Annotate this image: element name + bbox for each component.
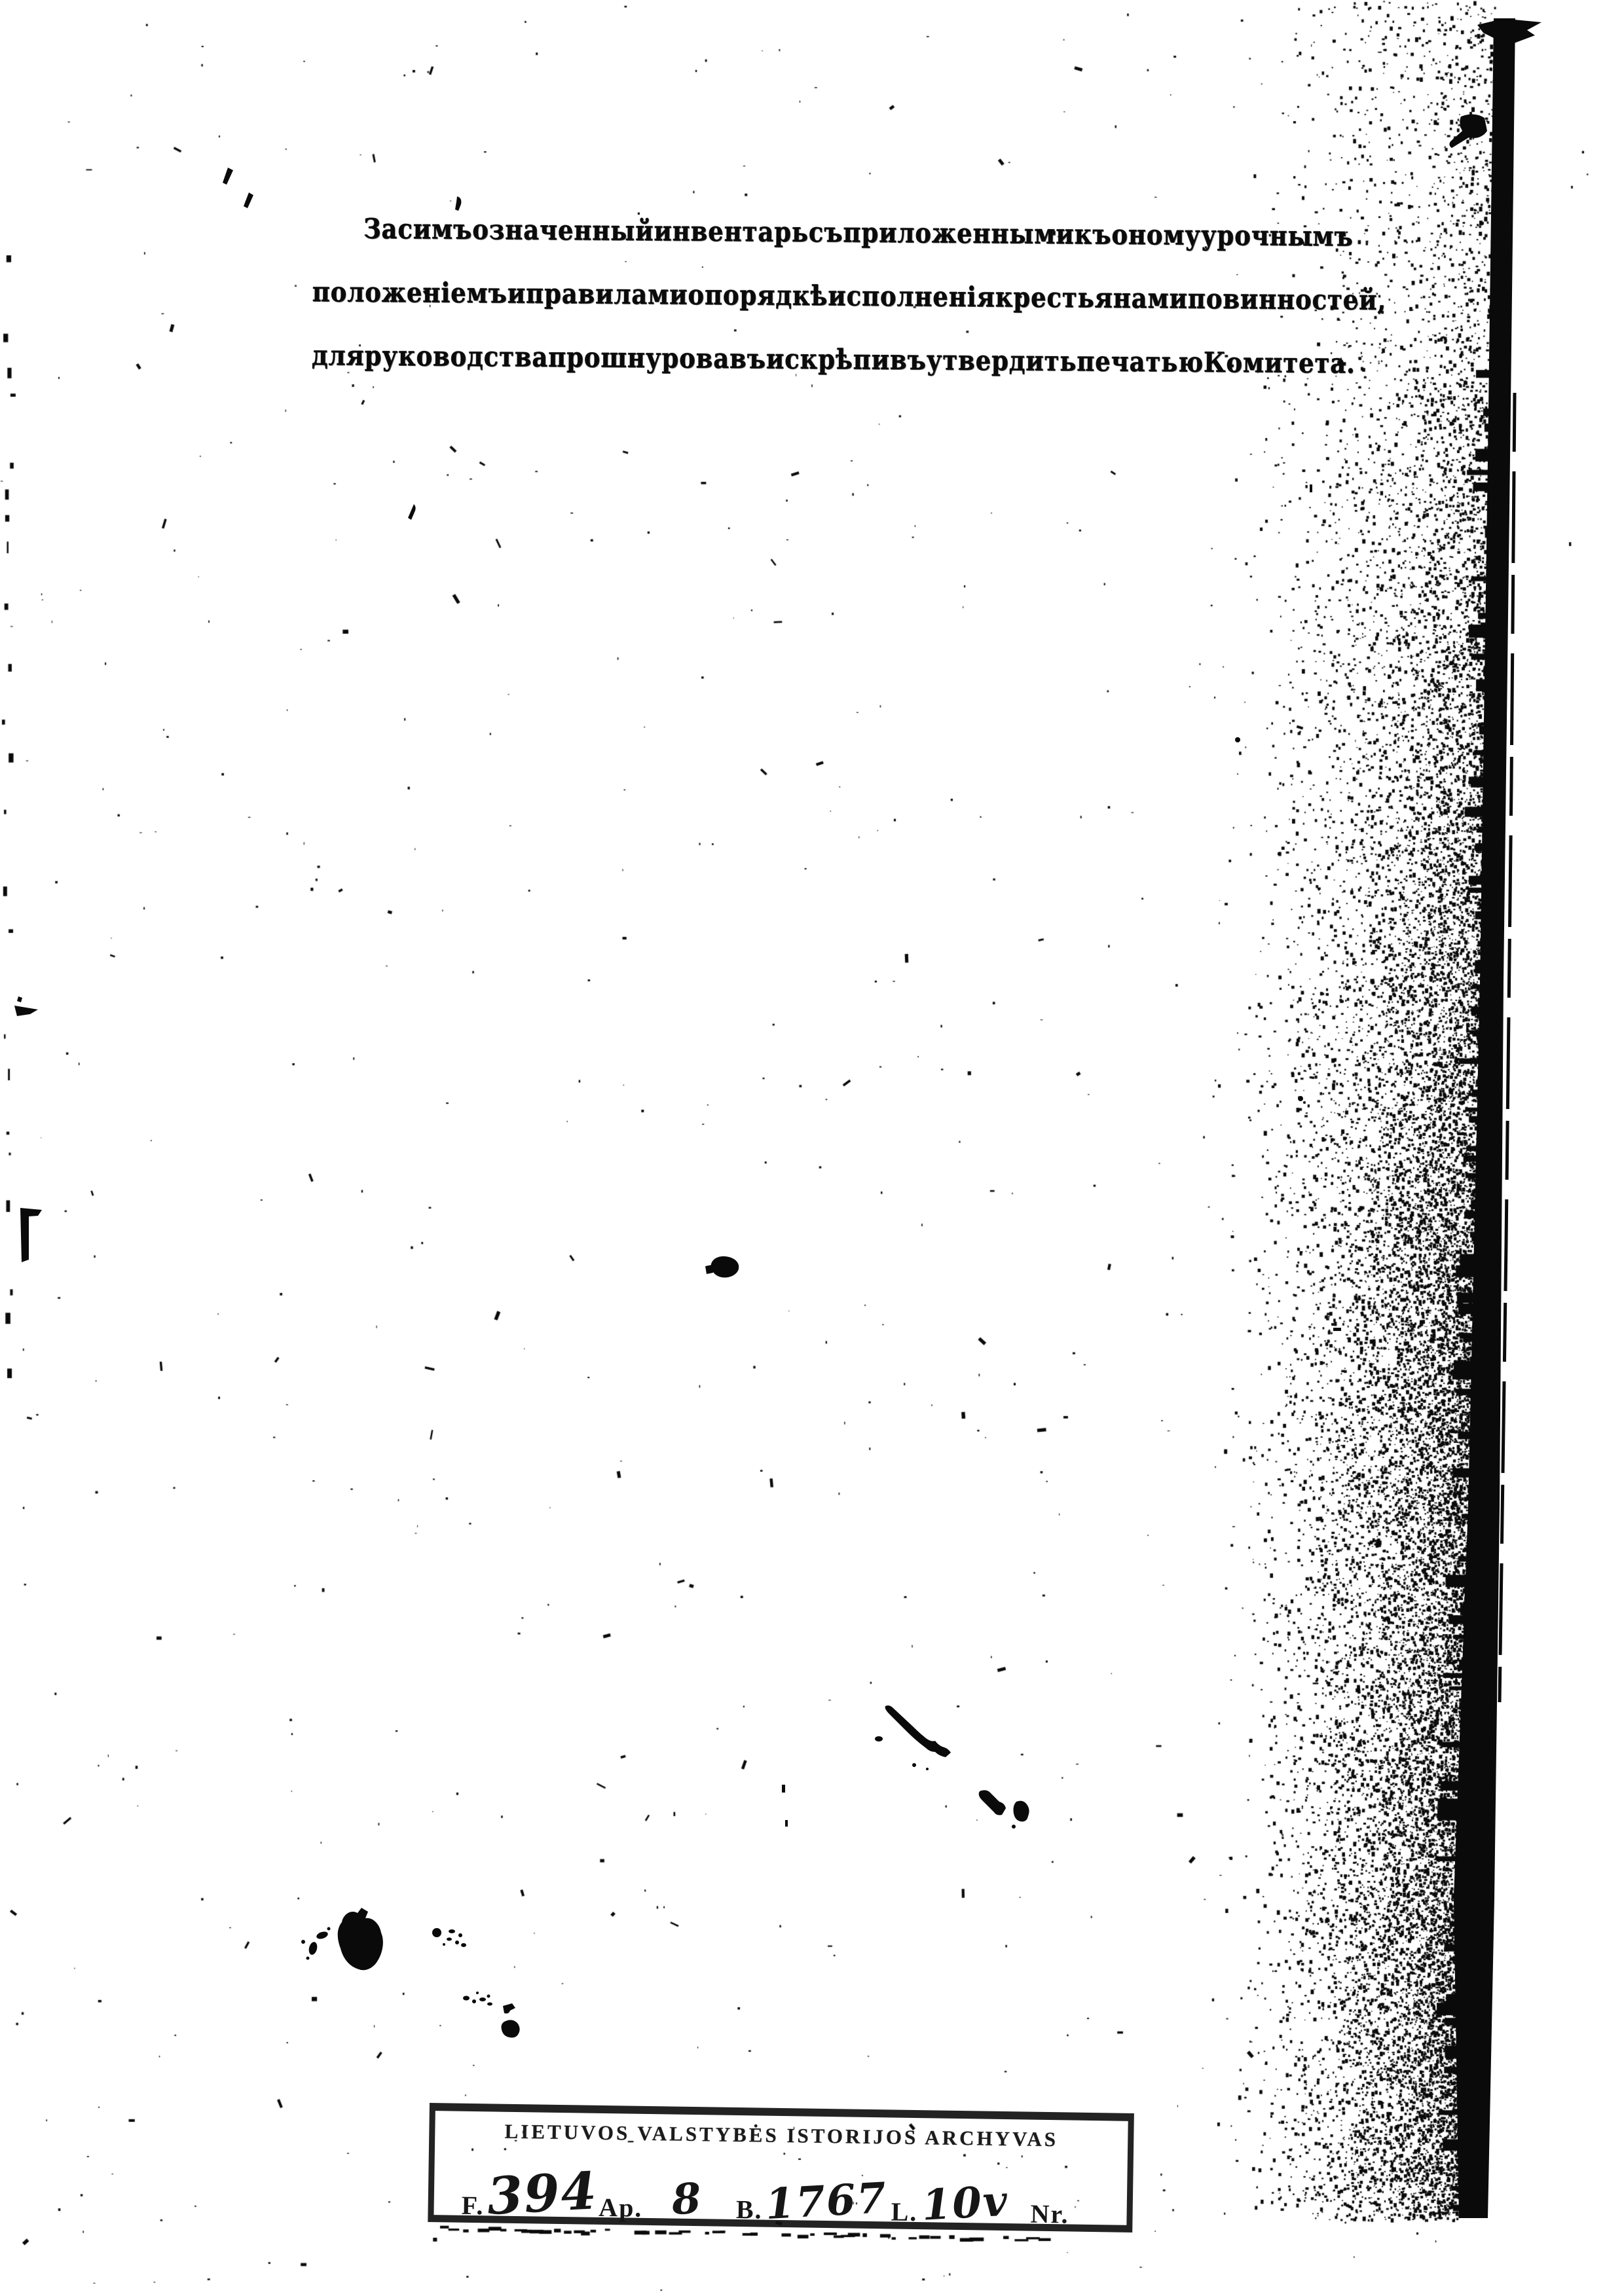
word: для (312, 339, 365, 372)
word: прошнуровавъ (548, 341, 766, 375)
word: положеніемъ (312, 276, 507, 309)
stamp-title: LIETUVOS VALSTYBĖS ISTORIJOS ARCHYVAS (435, 2119, 1128, 2153)
stroke-mark-2 (244, 192, 253, 208)
word: руководства (365, 340, 549, 373)
left-edge-mark-1 (14, 996, 38, 1016)
word: къ (1074, 218, 1111, 250)
word: симъ (397, 213, 472, 246)
stamp-field-value-b: 1767 (765, 2181, 889, 2221)
stamp-field-value-ap: 8 (671, 2182, 703, 2217)
tick-mark-4 (782, 1785, 785, 1793)
ink-spatter-cluster-2 (463, 1992, 492, 2006)
word: о (688, 279, 705, 311)
word: печатью (1077, 345, 1204, 378)
stamp-field-label-l: L. (891, 2196, 917, 2227)
word: урочнымъ (1201, 219, 1354, 253)
tick-mark-3 (1333, 1328, 1341, 1331)
binding-bar-wing-blot (1449, 114, 1487, 148)
word: повинностей, (1188, 282, 1387, 316)
text-line-1: Засимъозначенныйинвентарьсъприложеннымик… (312, 196, 1328, 268)
word: скрѣпивъ (784, 343, 927, 376)
word: и (507, 277, 526, 309)
word: инвентарь (654, 215, 809, 248)
ink-blot-center (705, 1256, 739, 1277)
word: Комитета. (1204, 346, 1356, 380)
ink-dot-1 (1012, 1825, 1016, 1829)
stamp-field-label-nr: Nr. (1030, 2198, 1069, 2230)
ink-blot-large (338, 1908, 383, 1970)
stamp-fields-row: F. 394 Ap. 8 B. 1767 L. 10v Nr. (434, 2154, 1127, 2231)
word: За (363, 213, 398, 245)
stamp-field-label-b: B. (736, 2194, 763, 2225)
stamp-field-label-f: F. (461, 2190, 484, 2221)
tick-mark-5 (785, 1820, 788, 1827)
ink-spatter-cluster-1 (432, 1928, 466, 1947)
word: утвердить (927, 344, 1077, 377)
ink-squiggle (885, 1705, 951, 1757)
word: крестьянами (995, 281, 1188, 314)
stamp-field-label-ap: Ap. (599, 2192, 643, 2223)
word: правилами (526, 278, 688, 311)
binding-shadow-bar (1454, 18, 1515, 2218)
stamp-field-value-f: 394 (486, 2171, 599, 2218)
left-edge-mark-2 (20, 1208, 42, 1262)
tick-mark-1 (1310, 484, 1312, 492)
tick-mark-2 (1298, 1096, 1306, 1104)
text-line-2: положеніемъиправиламиопорядкѣисполненіяк… (312, 260, 1327, 331)
archive-stamp: LIETUVOS VALSTYBĖS ISTORIJOS ARCHYVAS F.… (428, 2103, 1134, 2232)
ink-hook (979, 1790, 1006, 1815)
tick-mark-6 (1235, 737, 1240, 742)
stroke-mark-1 (223, 168, 233, 185)
stamp-field-value-l: 10v (921, 2185, 1009, 2223)
word: съ (809, 216, 843, 248)
word: оному (1111, 219, 1201, 251)
word: исполненія (828, 280, 995, 313)
ink-blot-small (1014, 1801, 1029, 1822)
comma-mark-2 (408, 504, 416, 520)
ink-blot-check (502, 2003, 520, 2037)
text-line-3: дляруководствапрошнуровавъискрѣпивъутвер… (312, 323, 1327, 395)
scanned-document-page: Засимъозначенныйинвентарьсъприложеннымик… (0, 0, 1624, 2296)
word: означенный (472, 213, 654, 247)
word: порядкѣ (705, 279, 828, 312)
body-text-paragraph: Засимъозначенныйинвентарьсъприложеннымик… (312, 196, 1329, 395)
word: приложенными (843, 216, 1074, 250)
word: и (766, 342, 785, 374)
ink-blot-large-satellites (301, 1927, 331, 1960)
